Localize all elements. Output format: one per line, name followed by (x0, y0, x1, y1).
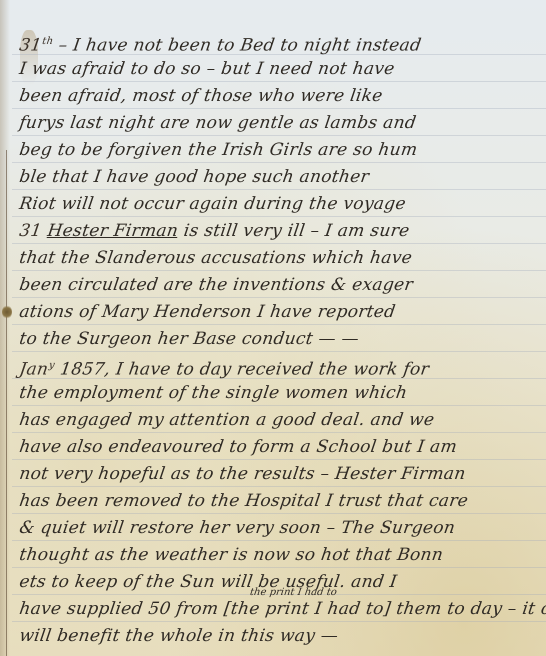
interlinear-insertion: the print I had to (249, 587, 337, 598)
ruled-line (12, 540, 546, 541)
ruled-line (12, 270, 546, 271)
ruled-line (12, 621, 546, 622)
text-line-15: has engaged my attention a good deal. an… (18, 410, 543, 430)
text-line-17: not very hopeful as to the results – Hes… (18, 464, 543, 484)
ruled-line (12, 189, 546, 190)
text-line-22: have supplied 50 from [the print I had t… (18, 599, 543, 619)
ruled-line (12, 459, 546, 460)
text-line-6: ble that I have good hope such another (18, 167, 543, 187)
margin-date: Jany (18, 356, 56, 380)
ruled-line (12, 297, 546, 298)
year: 1857, (59, 360, 112, 380)
ruled-line (12, 405, 546, 406)
ruled-line (12, 243, 546, 244)
manuscript-page: 31th– I have not been to Bed to night in… (0, 0, 546, 656)
text-line-9: that the Slanderous accusations which ha… (18, 248, 543, 268)
ruled-line (12, 108, 546, 109)
text-line-20: thought as the weather is now so hot tha… (18, 545, 543, 565)
text-line-4: furys last night are now gentle as lambs… (18, 113, 543, 133)
text-line-16: have also endeavoured to form a School b… (18, 437, 543, 457)
binding-line (6, 150, 7, 656)
text-line-23: will benefit the whole in this way — (18, 626, 543, 646)
person-name: Hester Firman (46, 221, 179, 241)
text-line-12: to the Surgeon her Base conduct — — (18, 329, 543, 349)
text-line-5: beg to be forgiven the Irish Girls are s… (18, 140, 543, 160)
binding-thread (2, 305, 12, 319)
margin-date: 31 (18, 221, 43, 241)
ruled-line (12, 351, 546, 352)
ruled-line (12, 513, 546, 514)
text-line-19: & quiet will restore her very soon – The… (18, 518, 543, 538)
text-line-18: has been removed to the Hospital I trust… (18, 491, 543, 511)
text-line-7: Riot will not occur again during the voy… (18, 194, 543, 214)
text-line-3: been afraid, most of those who were like (18, 86, 543, 106)
text-line-11: ations of Mary Henderson I have reported (18, 302, 543, 322)
ruled-line (12, 486, 546, 487)
ruled-line (12, 81, 546, 82)
text-line-2: I was afraid to do so – but I need not h… (18, 59, 543, 79)
text-line-1: 31th– I have not been to Bed to night in… (18, 32, 543, 56)
ruled-line (12, 162, 546, 163)
ruled-line (12, 432, 546, 433)
ruled-line (12, 567, 546, 568)
ruled-line (12, 135, 546, 136)
ruled-line (12, 216, 546, 217)
text-line-14: the employment of the single women which (18, 383, 543, 403)
binding-edge (0, 0, 10, 656)
text-line-8: 31Hester Firman is still very ill – I am… (18, 221, 543, 241)
text-line-13: Jany1857, I have to day received the wor… (18, 356, 543, 380)
text-line-10: been circulated are the inventions & exa… (18, 275, 543, 295)
ruled-line (12, 324, 546, 325)
margin-date: 31th (18, 32, 55, 56)
